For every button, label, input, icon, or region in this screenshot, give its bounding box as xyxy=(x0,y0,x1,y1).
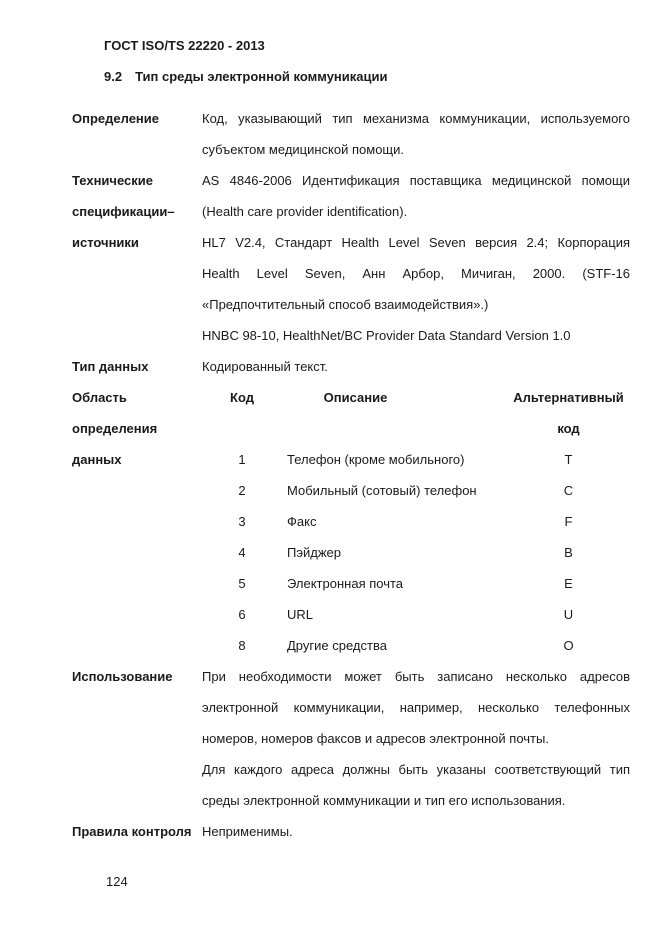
table-cell-code: 8 xyxy=(202,630,282,661)
document-page: ГОСТ ISO/TS 22220 - 2013 9.2 Тип среды э… xyxy=(0,0,662,936)
table-cell-description: Другие средства xyxy=(282,630,507,661)
entry-label-line: спецификации– xyxy=(72,196,202,227)
entry-content: Код, указывающий тип механизма коммуника… xyxy=(202,103,630,165)
entry-pravila-kontrolya: Правила контроляНеприменимы. xyxy=(72,816,630,847)
paragraph-line: субъектом медицинской помощи. xyxy=(202,134,630,165)
table-cell-description: Факс xyxy=(282,506,507,537)
table-cell-description: Пэйджер xyxy=(282,537,507,568)
column-header-alt-code: Альтернативный код xyxy=(507,382,630,444)
entry-label: Тип данных xyxy=(72,351,202,382)
entry-tech-spec-istochniki: Техническиеспецификации–источникиAS 4846… xyxy=(72,165,630,351)
table-cell-code: 3 xyxy=(202,506,282,537)
entry-ispolzovanie: ИспользованиеПри необходимости может быт… xyxy=(72,661,630,816)
table-cell-alt-code: O xyxy=(507,630,630,661)
table-cell-alt-code: E xyxy=(507,568,630,599)
entry-label-line: данных xyxy=(72,444,202,475)
paragraph-line: электронной коммуникации, например, неск… xyxy=(202,692,630,723)
paragraph-line: Для каждого адреса должны быть указаны с… xyxy=(202,754,630,785)
table-cell-description: Телефон (кроме мобильного) xyxy=(282,444,507,475)
table-cell-code: 6 xyxy=(202,599,282,630)
paragraph: Код, указывающий тип механизма коммуника… xyxy=(202,103,630,165)
paragraph: HL7 V2.4, Стандарт Health Level Seven ве… xyxy=(202,227,630,320)
paragraph-line: среды электронной коммуникации и тип его… xyxy=(202,785,630,816)
page-number: 124 xyxy=(106,866,630,897)
paragraph-line: HNBC 98-10, HealthNet/BC Provider Data S… xyxy=(202,320,630,351)
entry-opredelenie: ОпределениеКод, указывающий тип механизм… xyxy=(72,103,630,165)
column-header-description: Описание xyxy=(282,382,507,444)
entry-label-line: Тип данных xyxy=(72,351,202,382)
entry-tip-dannyh: Тип данныхКодированный текст. xyxy=(72,351,630,382)
code-table: КодОписаниеАльтернативный код1Телефон (к… xyxy=(202,382,630,661)
entry-label: Техническиеспецификации–источники xyxy=(72,165,202,351)
table-cell-description: URL xyxy=(282,599,507,630)
entry-oblast-opredeleniya-dannyh: ОбластьопределенияданныхКодОписаниеАльте… xyxy=(72,382,630,661)
paragraph-line: Кодированный текст. xyxy=(202,351,630,382)
paragraph: HNBC 98-10, HealthNet/BC Provider Data S… xyxy=(202,320,630,351)
paragraph-line: При необходимости может быть записано не… xyxy=(202,661,630,692)
entry-label: Правила контроля xyxy=(72,816,202,847)
table-cell-alt-code: C xyxy=(507,475,630,506)
paragraph-line: Health Level Seven, Анн Арбор, Мичиган, … xyxy=(202,258,630,289)
paragraph: Неприменимы. xyxy=(202,816,630,847)
entry-label: Определение xyxy=(72,103,202,165)
table-cell-description: Мобильный (сотовый) телефон xyxy=(282,475,507,506)
paragraph-line: AS 4846-2006 Идентификация поставщика ме… xyxy=(202,165,630,196)
paragraph: При необходимости может быть записано не… xyxy=(202,661,630,754)
paragraph: Кодированный текст. xyxy=(202,351,630,382)
table-cell-alt-code: F xyxy=(507,506,630,537)
paragraph-line: номеров, номеров факсов и адресов электр… xyxy=(202,723,630,754)
section-heading-text: Тип среды электронной коммуникации xyxy=(135,61,387,92)
table-cell-description: Электронная почта xyxy=(282,568,507,599)
entry-label: Областьопределенияданных xyxy=(72,382,202,661)
entry-label-line: Определение xyxy=(72,103,202,134)
definition-entries: ОпределениеКод, указывающий тип механизм… xyxy=(72,103,630,847)
table-cell-code: 1 xyxy=(202,444,282,475)
table-cell-code: 2 xyxy=(202,475,282,506)
entry-label-line: определения xyxy=(72,413,202,444)
document-title: ГОСТ ISO/TS 22220 - 2013 xyxy=(104,30,630,61)
entry-content: AS 4846-2006 Идентификация поставщика ме… xyxy=(202,165,630,351)
entry-label-line: Область xyxy=(72,382,202,413)
table-cell-alt-code: B xyxy=(507,537,630,568)
paragraph-line: Код, указывающий тип механизма коммуника… xyxy=(202,103,630,134)
section-number: 9.2 xyxy=(104,61,122,92)
table-cell-alt-code: T xyxy=(507,444,630,475)
entry-label-line: Использование xyxy=(72,661,202,692)
entry-label-line: Правила контроля xyxy=(72,816,202,847)
entry-label-line: источники xyxy=(72,227,202,258)
entry-content: КодОписаниеАльтернативный код1Телефон (к… xyxy=(202,382,630,661)
table-cell-alt-code: U xyxy=(507,599,630,630)
paragraph: AS 4846-2006 Идентификация поставщика ме… xyxy=(202,165,630,227)
paragraph-line: HL7 V2.4, Стандарт Health Level Seven ве… xyxy=(202,227,630,258)
paragraph: Для каждого адреса должны быть указаны с… xyxy=(202,754,630,816)
paragraph-line: Неприменимы. xyxy=(202,816,630,847)
entry-label: Использование xyxy=(72,661,202,816)
paragraph-line: «Предпочтительный способ взаимодействия»… xyxy=(202,289,630,320)
section-heading: 9.2 Тип среды электронной коммуникации xyxy=(104,61,630,92)
entry-label-line: Технические xyxy=(72,165,202,196)
table-cell-code: 4 xyxy=(202,537,282,568)
paragraph-line: (Health care provider identification). xyxy=(202,196,630,227)
entry-content: Неприменимы. xyxy=(202,816,630,847)
entry-content: При необходимости может быть записано не… xyxy=(202,661,630,816)
entry-content: Кодированный текст. xyxy=(202,351,630,382)
table-cell-code: 5 xyxy=(202,568,282,599)
column-header-code: Код xyxy=(202,382,282,444)
